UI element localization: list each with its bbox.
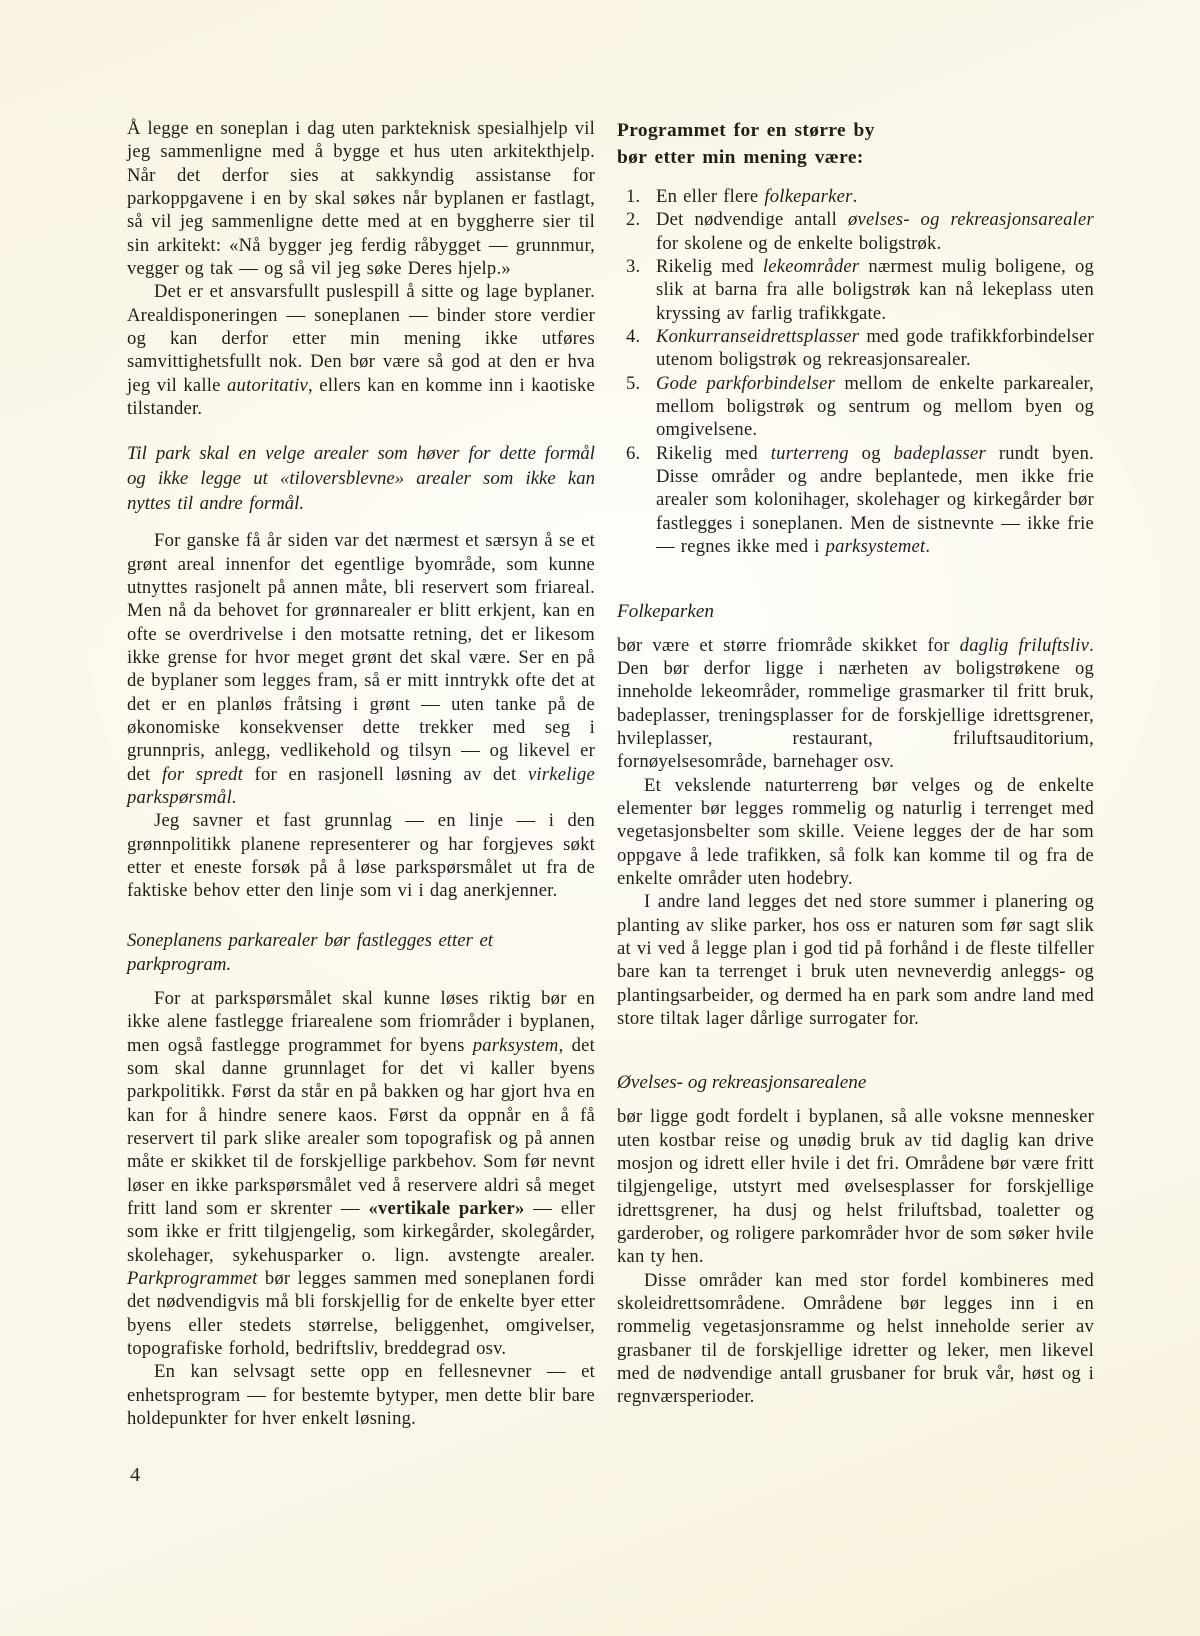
- paragraph: Et vekslende naturterreng bør velges og …: [617, 774, 1094, 891]
- list-item: 6. Rikelig med turterreng og badeplasser…: [617, 442, 1094, 559]
- list-item-text: Det nødvendige antall øvelses- og rekrea…: [656, 209, 1094, 253]
- paragraph-lead: Å legge en soneplan i dag uten parktekni…: [127, 117, 595, 280]
- paragraph: I andre land legges det ned store summer…: [617, 890, 1094, 1030]
- paragraph: bør ligge godt fordelt i byplanen, så al…: [617, 1105, 1094, 1268]
- section-heading-ovelsesarealene: Øvelses- og rekreasjonsarealene: [617, 1071, 1094, 1095]
- section-heading-soneplanens: Soneplanens parkarealer bør fastlegges e…: [127, 929, 595, 978]
- left-column: Å legge en soneplan i dag uten parktekni…: [127, 117, 595, 1430]
- list-item-text: En eller flere folkeparker.: [656, 186, 857, 207]
- italic-statement: Til park skal en velge arealer som høver…: [127, 442, 595, 516]
- magazine-page: Å legge en soneplan i dag uten parktekni…: [0, 0, 1200, 1636]
- list-item-number: 5.: [626, 372, 640, 395]
- list-item-text: Rikelig med turterreng og badeplasser ru…: [656, 443, 1094, 557]
- list-item-number: 2.: [626, 208, 640, 231]
- paragraph: Jeg savner et fast grunnlag — en linje —…: [127, 809, 595, 902]
- list-item-number: 4.: [626, 325, 640, 348]
- list-item-number: 3.: [626, 255, 640, 278]
- program-list: 1. En eller flere folkeparker. 2. Det nø…: [617, 185, 1094, 559]
- list-item-text: Rikelig med lekeområder nærmest mulig bo…: [656, 256, 1094, 324]
- section-heading-folkeparken: Folkeparken: [617, 600, 1094, 624]
- list-item: 1. En eller flere folkeparker.: [617, 185, 1094, 208]
- paragraph: Disse områder kan med stor fordel kombin…: [617, 1269, 1094, 1409]
- list-item: 5. Gode parkforbindelser mellom de enkel…: [617, 372, 1094, 442]
- paragraph: bør være et større friområde skikket for…: [617, 634, 1094, 774]
- right-column: Programmet for en større by bør etter mi…: [617, 117, 1094, 1409]
- paragraph: Det er et ansvarsfullt puslespill å sitt…: [127, 280, 595, 420]
- list-item: 3. Rikelig med lekeområder nærmest mulig…: [617, 255, 1094, 325]
- program-heading: Programmet for en større by bør etter mi…: [617, 117, 1094, 171]
- list-item-number: 6.: [626, 442, 640, 465]
- paragraph: En kan selvsagt sette opp en fellesnevne…: [127, 1360, 595, 1430]
- page-number: 4: [130, 1464, 140, 1487]
- paragraph: For at parkspørsmålet skal kunne løses r…: [127, 987, 595, 1361]
- list-item: 2. Det nødvendige antall øvelses- og rek…: [617, 208, 1094, 255]
- list-item-number: 1.: [626, 185, 640, 208]
- paragraph: For ganske få år siden var det nærmest e…: [127, 529, 595, 809]
- list-item-text: Konkurranseidrettsplasser med gode trafi…: [656, 326, 1094, 370]
- list-item: 4. Konkurranseidrettsplasser med gode tr…: [617, 325, 1094, 372]
- list-item-text: Gode parkforbindelser mellom de enkelte …: [656, 373, 1094, 441]
